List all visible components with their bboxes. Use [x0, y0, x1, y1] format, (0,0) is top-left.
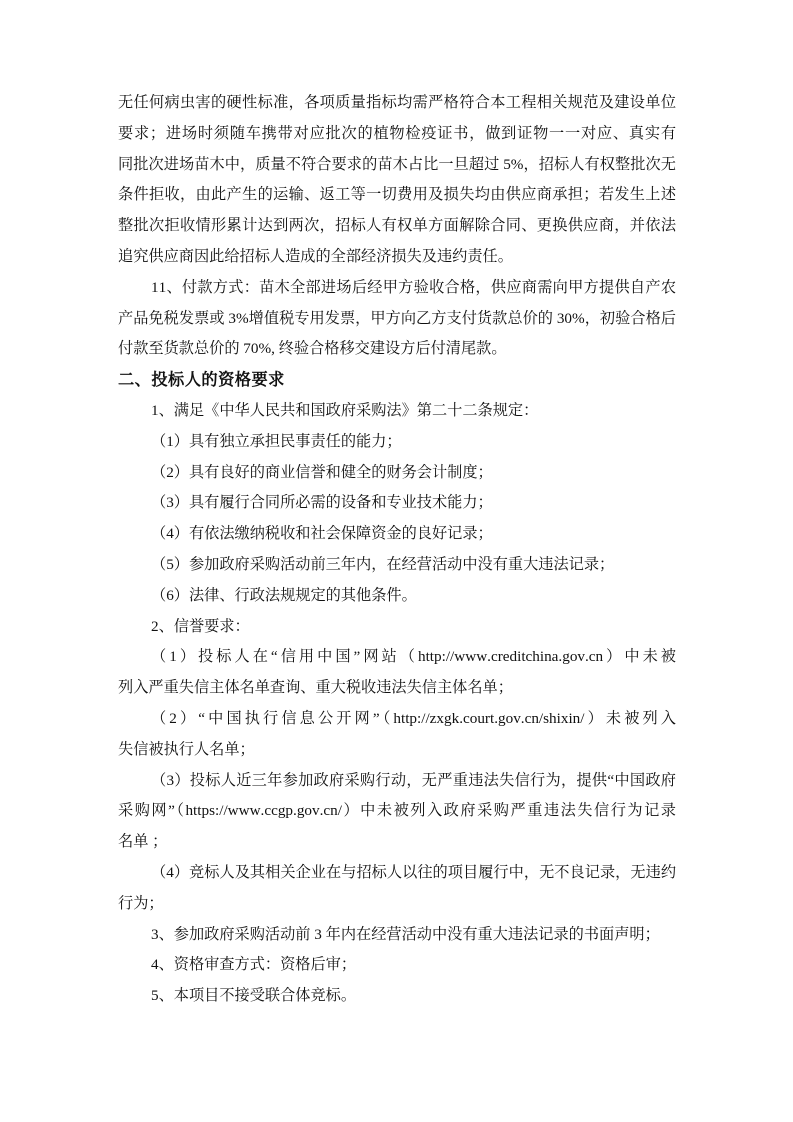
text-line: 名单 ；: [118, 827, 676, 858]
list-item: 3、参加政府采购活动前 3 年内在经营活动中没有重大违法记录的书面声明；: [118, 920, 676, 951]
list-item: （4）有依法缴纳税收和社会保障资金的良好记录；: [118, 519, 676, 550]
list-item: 4、资格审查方式：资格后审；: [118, 950, 676, 981]
text-line: 追究供应商因此给招标人造成的全部经济损失及违约责任。: [118, 242, 676, 273]
text-line: 要求；进场时须随车携带对应批次的植物检疫证书，做到证物一一对应、真实有效；: [118, 119, 676, 150]
text-line: 11、付款方式：苗木全部进场后经甲方验收合格，供应商需向甲方提供自产农: [118, 273, 676, 304]
list-item: （6）法律、行政法规规定的其他条件。: [118, 581, 676, 612]
list-item: （1）投标人在“信用中国”网站（http://www.creditchina.g…: [118, 642, 676, 673]
text-line: 付款至货款总价的 70%, 终验合格移交建设方后付清尾款。: [118, 334, 676, 365]
list-item: （3）投标人近三年参加政府采购行动，无严重违法失信行为，提供“中国政府: [118, 766, 676, 797]
text-line: 列入严重失信主体名单查询、重大税收违法失信主体名单；: [118, 673, 676, 704]
list-item: （4）竞标人及其相关企业在与招标人以往的项目履行中，无不良记录，无违约: [118, 858, 676, 889]
document-page: 无任何病虫害的硬性标准，各项质量指标均需严格符合本工程相关规范及建设单位 要求；…: [0, 0, 793, 1122]
text-line: 失信被执行人名单；: [118, 735, 676, 766]
text-line: 1、满足《中华人民共和国政府采购法》第二十二条规定：: [118, 396, 676, 427]
list-item: （3）具有履行合同所必需的设备和专业技术能力；: [118, 488, 676, 519]
text-line: 条件拒收，由此产生的运输、返工等一切费用及损失均由供应商承担；若发生上述: [118, 180, 676, 211]
text-line: 产品免税发票或 3%增值税专用发票，甲方向乙方支付货款总价的 30%，初验合格后: [118, 304, 676, 335]
text-line: 2、信誉要求：: [118, 612, 676, 643]
list-item: （5）参加政府采购活动前三年内，在经营活动中没有重大违法记录；: [118, 550, 676, 581]
list-item: （1）具有独立承担民事责任的能力；: [118, 427, 676, 458]
text-line: 无任何病虫害的硬性标准，各项质量指标均需严格符合本工程相关规范及建设单位: [118, 88, 676, 119]
text-line: 行为；: [118, 889, 676, 920]
list-item: 5、本项目不接受联合体竞标。: [118, 981, 676, 1012]
list-item: （2）具有良好的商业信誉和健全的财务会计制度；: [118, 458, 676, 489]
text-line: 整批次拒收情形累计达到两次，招标人有权单方面解除合同、更换供应商，并依法: [118, 211, 676, 242]
text-line: 采购网”（https://www.ccgp.gov.cn/）中未被列入政府采购严…: [118, 796, 676, 827]
text-line: 同批次进场苗木中，质量不符合要求的苗木占比一旦超过 5%，招标人有权整批次无: [118, 150, 676, 181]
section-heading: 二、投标人的资格要求: [118, 365, 676, 396]
list-item: （2）“中国执行信息公开网”（http://zxgk.court.gov.cn/…: [118, 704, 676, 735]
